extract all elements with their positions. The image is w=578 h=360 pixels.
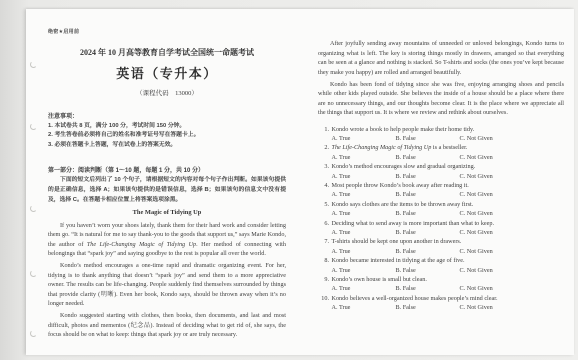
option-b: B. False — [396, 153, 460, 162]
passage-paragraph-2: Kondo’s method encourages a one-time rap… — [48, 261, 286, 309]
option-b: B. False — [396, 303, 460, 312]
notice-item-1: 1. 本试卷共 8 页，满分 100 分，考试时间 150 分钟。 — [48, 122, 286, 131]
option-b: B. False — [396, 247, 460, 256]
question-number: 7. — [318, 237, 329, 246]
option-a: A. True — [332, 303, 396, 312]
question-item-3: 3.Kondo’s method encourages slow and gra… — [318, 162, 564, 181]
option-a: A. True — [332, 266, 396, 275]
option-a: A. True — [332, 284, 396, 293]
option-b: B. False — [396, 266, 460, 275]
book-title-text: The Life-Changing Magic of Tidying Up — [87, 241, 196, 248]
question-item-7: 7.T-shirts should be kept one upon anoth… — [318, 237, 564, 256]
part1-instructions: 下面的短文后列出了 10 个句子，请根据短文的内容对每个句子作出判断。如果该句提… — [48, 176, 286, 205]
classification-label: 绝密★启用前 — [48, 28, 286, 35]
exam-title: 2024 年 10 月高等教育自学考试全国统一命题考试 — [48, 47, 286, 58]
question-item-10: 10.Kondo believes a well-organized house… — [318, 294, 564, 313]
question-statement: T-shirts should be kept one upon another… — [332, 237, 565, 246]
option-c: C. Not Given — [460, 228, 493, 237]
question-statement: Kondo became interested in tidying at th… — [332, 256, 565, 265]
question-statement: Kondo’s own house is small but clean. — [332, 275, 565, 284]
question-number: 9. — [318, 275, 329, 284]
passage-paragraph-3: Kondo suggested starting with clothes, t… — [48, 311, 286, 340]
question-number: 3. — [318, 162, 329, 171]
notice-section: 注意事项： 1. 本试卷共 8 页，满分 100 分，考试时间 150 分钟。 … — [48, 113, 286, 150]
question-number: 10. — [318, 294, 329, 303]
passage-paragraph-5: Kondo has been fond of tidying since she… — [318, 80, 564, 118]
passage-paragraph-1: If you haven’t worn your shoes lately, t… — [48, 221, 286, 259]
question-statement: Most people throw Kondo’s book away afte… — [332, 181, 565, 190]
passage-title: The Magic of Tidying Up — [48, 208, 286, 218]
scanned-exam-page: 绝密★启用前 2024 年 10 月高等教育自学考试全国统一命题考试 英语（专升… — [26, 9, 574, 355]
part1-heading: 第一部分：阅读判断（第 1～10 题，每题 1 分，共 10 分） — [48, 167, 286, 177]
option-a: A. True — [332, 190, 396, 199]
question-number: 2. — [318, 143, 329, 152]
question-statement: Kondo says clothes are the items to be t… — [332, 200, 565, 209]
binding-mark — [30, 123, 37, 130]
option-a: A. True — [332, 134, 396, 143]
question-number: 5. — [318, 200, 329, 209]
question-statement: The Life-Changing Magic of Tidying Up is… — [332, 143, 565, 152]
option-b: B. False — [396, 228, 460, 237]
binding-mark — [30, 205, 37, 212]
questions-list: 1.Kondo wrote a book to help people make… — [318, 125, 564, 313]
binding-mark — [30, 330, 37, 337]
option-a: A. True — [332, 247, 396, 256]
option-c: C. Not Given — [460, 209, 493, 218]
question-statement: Kondo believes a well-organized house ma… — [332, 294, 565, 303]
option-c: C. Not Given — [460, 266, 493, 275]
option-c: C. Not Given — [460, 303, 493, 312]
option-c: C. Not Given — [460, 284, 493, 293]
option-b: B. False — [396, 172, 460, 181]
statement-text: is a bestseller. — [431, 144, 467, 151]
question-item-6: 6.Deciding what to send away is more imp… — [318, 219, 564, 238]
left-page-column: 绝密★启用前 2024 年 10 月高等教育自学考试全国统一命题考试 英语（专升… — [48, 28, 286, 340]
option-c: C. Not Given — [460, 134, 493, 143]
option-b: B. False — [396, 209, 460, 218]
book-title-text: The Life-Changing Magic of Tidying Up — [332, 144, 432, 151]
notice-heading: 注意事项： — [48, 113, 286, 122]
binding-mark — [30, 270, 37, 277]
option-c: C. Not Given — [460, 190, 493, 199]
question-statement: Deciding what to send away is more impor… — [332, 219, 565, 228]
right-page-column: After joyfully sending away mountains of… — [318, 39, 564, 313]
course-code: （课程代码 13000） — [48, 88, 286, 97]
option-b: B. False — [396, 134, 460, 143]
question-item-9: 9.Kondo’s own house is small but clean. … — [318, 275, 564, 294]
option-b: B. False — [396, 190, 460, 199]
passage-paragraph-4: After joyfully sending away mountains of… — [318, 39, 564, 77]
option-c: C. Not Given — [460, 172, 493, 181]
question-number: 6. — [318, 219, 329, 228]
question-item-8: 8.Kondo became interested in tidying at … — [318, 256, 564, 275]
question-number: 1. — [318, 125, 329, 134]
option-b: B. False — [396, 284, 460, 293]
question-statement: Kondo’s method encourages slow and gradu… — [332, 162, 565, 171]
question-statement: Kondo wrote a book to help people make t… — [332, 125, 565, 134]
binding-mark — [30, 61, 37, 68]
option-a: A. True — [332, 209, 396, 218]
question-item-5: 5.Kondo says clothes are the items to be… — [318, 200, 564, 219]
option-a: A. True — [332, 153, 396, 162]
subject-title: 英语（专升本） — [48, 63, 286, 82]
option-a: A. True — [332, 172, 396, 181]
option-a: A. True — [332, 228, 396, 237]
question-item-4: 4.Most people throw Kondo’s book away af… — [318, 181, 564, 200]
option-c: C. Not Given — [460, 247, 493, 256]
option-c: C. Not Given — [460, 153, 493, 162]
question-number: 4. — [318, 181, 329, 190]
question-item-2: 2.The Life-Changing Magic of Tidying Up … — [318, 143, 564, 162]
notice-item-2: 2. 考生答卷前必须将自己的姓名和准考证号写在答题卡上。 — [48, 131, 286, 140]
question-number: 8. — [318, 256, 329, 265]
notice-item-3: 3. 必须在答题卡上答题，写在试卷上的答案无效。 — [48, 141, 286, 150]
question-item-1: 1.Kondo wrote a book to help people make… — [318, 125, 564, 144]
